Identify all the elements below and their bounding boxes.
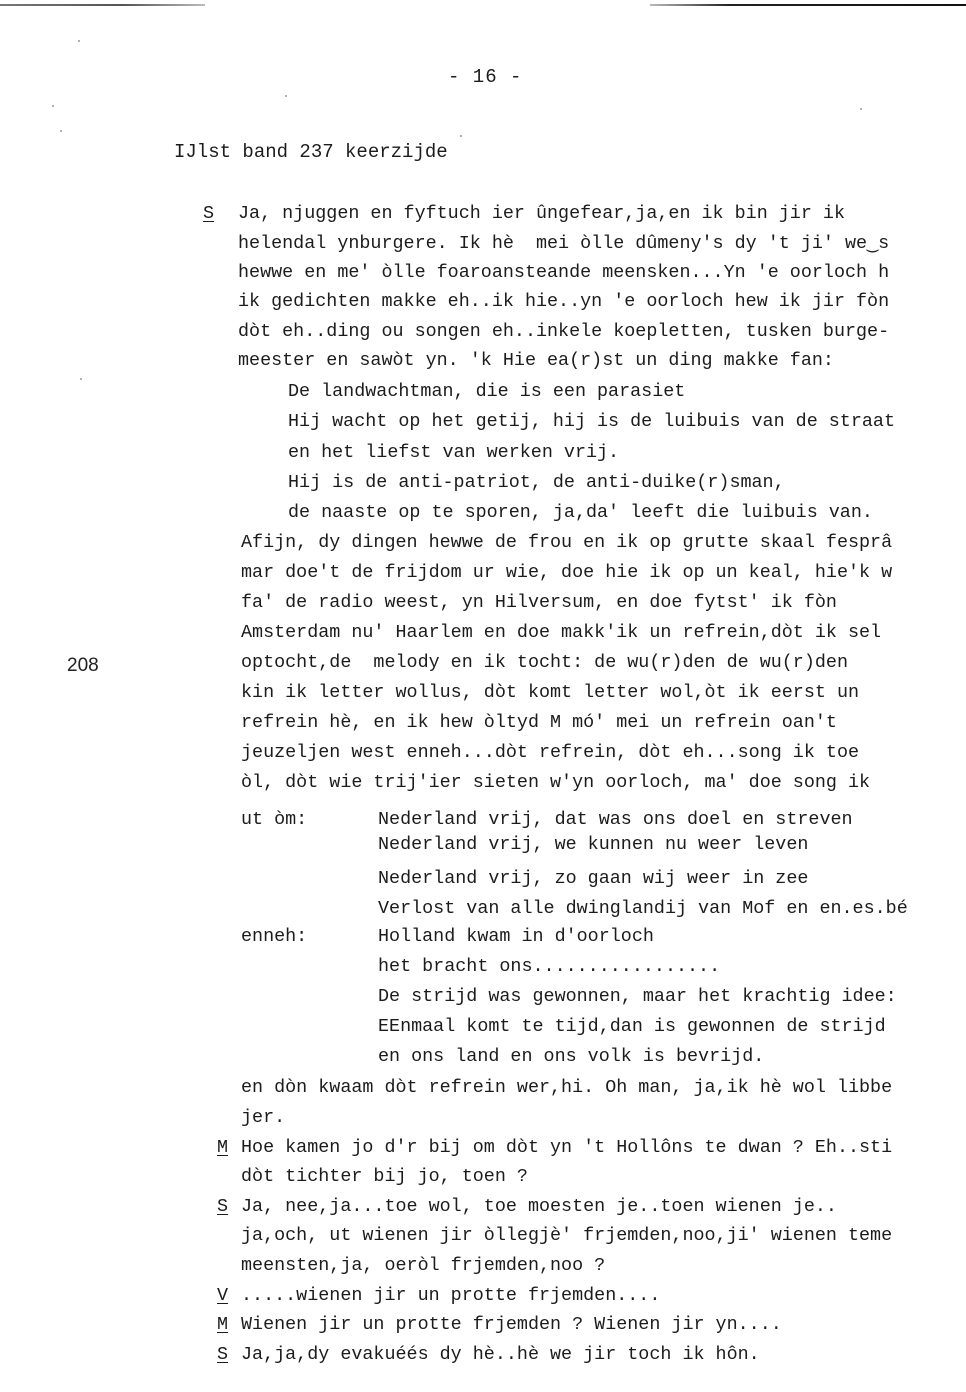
scan-speck: [860, 108, 862, 110]
poem-line: Hij wacht op het getij, hij is de luibui…: [288, 412, 895, 432]
transcript-line: ik gedichten makke eh..ik hie..yn 'e oor…: [238, 292, 889, 312]
song-line: Verlost van alle dwinglandij van Mof en …: [378, 899, 908, 919]
song-line: Holland kwam in d'oorloch: [378, 927, 654, 947]
song-label: enneh:: [241, 927, 307, 947]
song-line: Nederland vrij, dat was ons doel en stre…: [378, 810, 853, 830]
transcript-line: optocht,de melody en ik tocht: de wu(r)d…: [241, 653, 848, 673]
transcript-line: kin ik letter wollus, dòt komt letter wo…: [241, 683, 859, 703]
speaker-label: S: [217, 1345, 228, 1365]
speaker-label: M: [217, 1315, 228, 1335]
margin-number: 208: [67, 655, 99, 677]
transcript-line: en dòn kwaam dòt refrein wer,hi. Oh man,…: [241, 1078, 892, 1098]
transcript-line: Ja,ja,dy evakuéés dy hè..hè we jir toch …: [241, 1345, 760, 1365]
transcript-line: refrein hè, en ik hew òltyd M mó' mei un…: [241, 713, 837, 733]
poem-line: Hij is de anti-patriot, de anti-duike(r)…: [288, 473, 785, 493]
scan-speck: [60, 130, 62, 132]
transcript-line: Amsterdam nu' Haarlem en doe makk'ik un …: [241, 623, 881, 643]
page-number: - 16 -: [448, 66, 522, 88]
transcript-line: fa' de radio weest, yn Hilversum, en doe…: [241, 593, 837, 613]
transcript-line: dòt eh..ding ou songen eh..inkele koeple…: [238, 322, 889, 342]
transcript-line: Hoe kamen jo d'r bij om dòt yn 't Hollôn…: [241, 1138, 892, 1158]
speaker-label: M: [217, 1138, 228, 1158]
scan-edge-line: [650, 4, 966, 6]
transcript-line: ja,och, ut wienen jir òllegjè' frjemden,…: [241, 1226, 892, 1246]
document-header: IJlst band 237 keerzijde: [174, 141, 448, 163]
song-line: en ons land en ons volk is bevrijd.: [378, 1047, 764, 1067]
speaker-label: S: [203, 204, 214, 224]
transcript-line: helendal ynburgere. Ik hè mei òlle dûmen…: [238, 234, 889, 254]
transcript-line: Ja, njuggen en fyftuch ier ûngefear,ja,e…: [238, 204, 845, 224]
poem-line: de naaste op te sporen, ja,da' leeft die…: [288, 503, 873, 523]
song-line: EEnmaal komt te tijd,dan is gewonnen de …: [378, 1017, 886, 1037]
scan-speck: [52, 105, 54, 107]
scan-speck: [80, 378, 82, 380]
song-line: het bracht ons.................: [378, 957, 720, 977]
transcript-line: dòt tichter bij jo, toen ?: [241, 1167, 528, 1187]
transcript-line: meester en sawòt yn. 'k Hie ea(r)st un d…: [238, 351, 834, 371]
transcript-line: jer.: [241, 1108, 285, 1128]
scan-speck: [460, 135, 462, 137]
transcript-line: òl, dòt wie trij'ier sieten w'yn oorloch…: [241, 773, 870, 793]
transcript-line: Wienen jir un protte frjemden ? Wienen j…: [241, 1315, 782, 1335]
scan-edge-line: [0, 4, 205, 6]
transcript-line: Ja, nee,ja...toe wol, toe moesten je..to…: [241, 1197, 837, 1217]
poem-line: De landwachtman, die is een parasiet: [288, 382, 685, 402]
transcript-line: mar doe't de frijdom ur wie, doe hie ik …: [241, 563, 892, 583]
song-line: Nederland vrij, zo gaan wij weer in zee: [378, 869, 808, 889]
song-line: De strijd was gewonnen, maar het krachti…: [378, 987, 897, 1007]
scan-speck: [285, 95, 287, 97]
transcript-line: meensten,ja, oeròl frjemden,noo ?: [241, 1256, 605, 1276]
transcript-line: hewwe en me' òlle foaroansteande meenske…: [238, 263, 889, 283]
speaker-label: V: [217, 1286, 228, 1306]
transcript-line: jeuzeljen west enneh...dòt refrein, dòt …: [241, 743, 859, 763]
song-line: Nederland vrij, we kunnen nu weer leven: [378, 835, 808, 855]
transcript-line: Afijn, dy dingen hewwe de frou en ik op …: [241, 533, 892, 553]
speaker-label: S: [217, 1197, 228, 1217]
poem-line: en het liefst van werken vrij.: [288, 443, 619, 463]
scan-speck: [78, 40, 80, 42]
song-label: ut òm:: [241, 810, 307, 830]
transcript-line: .....wienen jir un protte frjemden....: [241, 1286, 660, 1306]
